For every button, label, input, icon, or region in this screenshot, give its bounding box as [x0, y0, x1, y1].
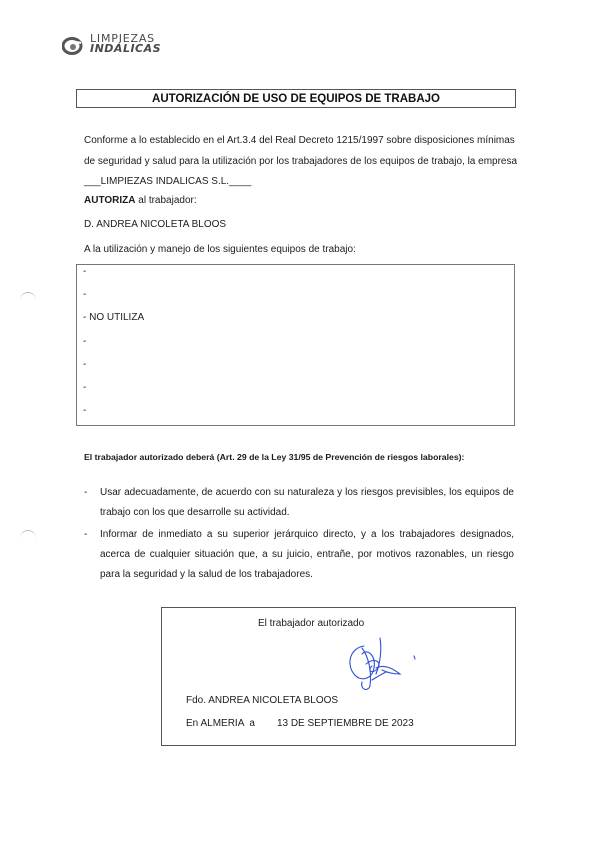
- obligations-title: El trabajador autorizado deberá (Art. 29…: [84, 452, 504, 462]
- equipment-item: - NO UTILIZA: [83, 311, 144, 334]
- authorize-rest: al trabajador:: [135, 195, 196, 206]
- equipment-item: -: [83, 404, 144, 427]
- obligation-text: Usar adecuadamente, de acuerdo con su na…: [100, 483, 514, 523]
- signature-label: El trabajador autorizado: [258, 618, 364, 629]
- equipment-item: -: [83, 265, 144, 288]
- signature-box: El trabajador autorizado Fdo. ANDREA NIC…: [161, 607, 516, 746]
- hole-punch-mark: [20, 530, 36, 547]
- place-and-date: En ALMERIA a13 DE SEPTIEMBRE DE 2023: [186, 718, 414, 729]
- bullet-dash: -: [84, 525, 87, 545]
- authorize-keyword: AUTORIZA: [84, 195, 135, 206]
- obligation-text: Informar de inmediato a su superior jerá…: [100, 525, 514, 585]
- intro-paragraph: Conforme a lo establecido en el Art.3.4 …: [84, 131, 524, 193]
- signing-date: 13 DE SEPTIEMBRE DE 2023: [277, 718, 414, 729]
- handwritten-signature: [342, 634, 422, 694]
- equipment-item: -: [83, 358, 144, 381]
- logo-text: LIMPIEZAS INDÁLICAS: [90, 34, 161, 54]
- equipment-item: -: [83, 288, 144, 311]
- company-logo: LIMPIEZAS INDÁLICAS: [62, 34, 222, 64]
- document-title: AUTORIZACIÓN DE USO DE EQUIPOS DE TRABAJ…: [76, 89, 516, 108]
- usage-intro: A la utilización y manejo de los siguien…: [84, 240, 356, 261]
- company-swirl-icon: [62, 36, 84, 56]
- logo-line-2: INDÁLICAS: [90, 44, 161, 54]
- authorize-line: AUTORIZA al trabajador:: [84, 191, 197, 212]
- equipment-list: - - - NO UTILIZA - - - -: [83, 265, 144, 427]
- place: En ALMERIA a: [186, 718, 255, 729]
- bullet-dash: -: [84, 483, 87, 503]
- worker-name: D. ANDREA NICOLETA BLOOS: [84, 215, 226, 236]
- equipment-item: -: [83, 335, 144, 358]
- equipment-box: - - - NO UTILIZA - - - -: [76, 264, 515, 426]
- equipment-item: -: [83, 381, 144, 404]
- hole-punch-mark: [20, 292, 36, 309]
- signer-name: Fdo. ANDREA NICOLETA BLOOS: [186, 695, 338, 706]
